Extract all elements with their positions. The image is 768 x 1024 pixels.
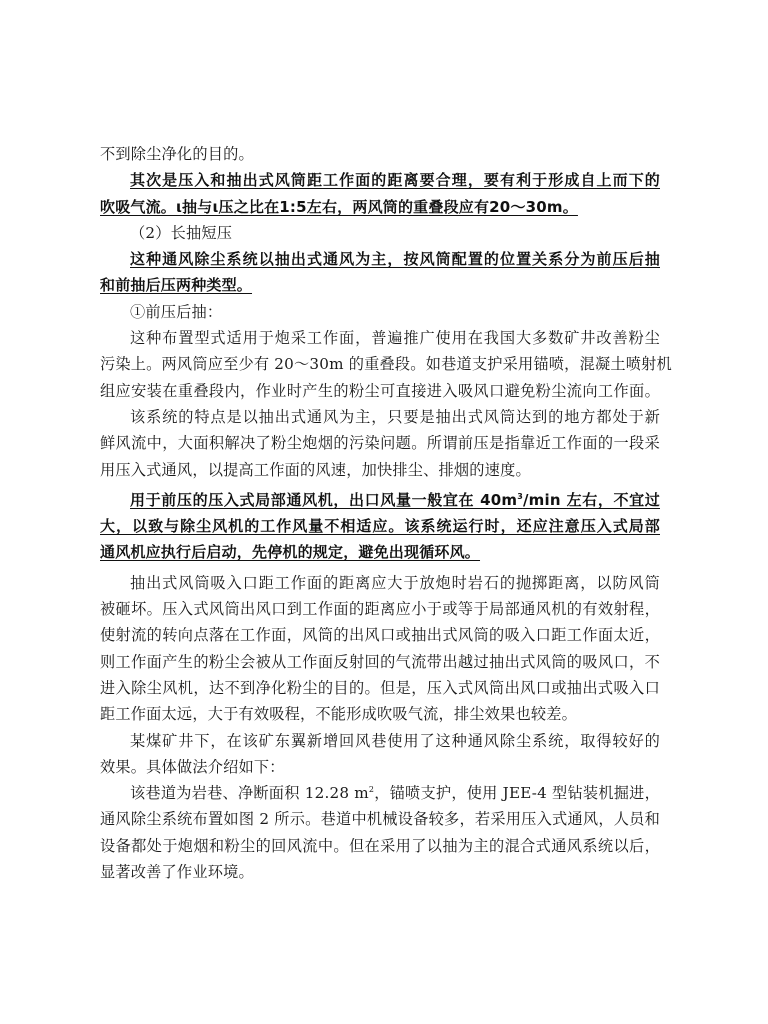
paragraph-line: 进入除尘风机，达不到净化粉尘的目的。但是，压入式风筒出风口或抽出式吸入口 [100, 675, 660, 701]
paragraph-line: 设备都处于炮烟和粉尘的回风流中。但在采用了以抽为主的混合式通风系统以后， [100, 833, 660, 859]
paragraph-line: 某煤矿井下，在该矿东翼新增回风巷使用了这种通风除尘系统，取得较好的 [100, 728, 660, 754]
paragraph-line: 用压入式通风，以提高工作面的风速，加快排尘、排烟的速度。 [100, 457, 660, 483]
emphasis-line: 大，以致与除尘风机的工作风量不相适应。该系统运行时，还应注意压入式局部 [100, 513, 660, 539]
emphasis-text: 通风机应执行后启动，先停机的规定，避免出现循环风。 [100, 543, 480, 561]
paragraph-line: 污染上。两风筒应至少有 20～30m 的重叠段。如巷道支护采用锚喷，混凝土喷射机 [100, 351, 660, 377]
paragraph-line: 使射流的转向点落在工作面，风筒的出风口或抽出式风筒的吸入口距工作面太近， [100, 622, 660, 648]
emphasis-text: 用于前压的压入式局部通风机，出口风量一般宜在 40m [130, 491, 517, 509]
emphasis-line: 和前抽后压两种类型。 [100, 272, 660, 298]
paragraph-line: 鲜风流中，大面积解决了粉尘炮烟的污染问题。所谓前压是指靠近工作面的一段采 [100, 430, 660, 456]
paragraph-line: 组应安装在重叠段内，作业时产生的粉尘可直接进入吸风口避免粉尘流向工作面。 [100, 378, 660, 404]
paragraph-line: 通风除尘系统布置如图 2 所示。巷道中机械设备较多，若采用压入式通风，人员和 [100, 806, 660, 832]
paragraph-line: 这种布置型式适用于炮采工作面，普遍推广使用在我国大多数矿井改善粉尘 [100, 325, 660, 351]
paragraph-line: 该系统的特点是以抽出式通风为主，只要是抽出式风筒达到的地方都处于新 [100, 404, 660, 430]
emphasis-line: 这种通风除尘系统以抽出式通风为主，按风筒配置的位置关系分为前压后抽 [100, 246, 660, 272]
emphasis-text: /min 左右，不宜过 [523, 491, 660, 509]
section-heading: （2）长抽短压 [100, 220, 660, 246]
paragraph-line: 效果。具体做法介绍如下： [100, 754, 660, 780]
paragraph-line: 距工作面太远，大于有效吸程，不能形成吹吸气流，排尘效果也较差。 [100, 701, 660, 727]
emphasis-text: 和前抽后压两种类型。 [100, 276, 252, 294]
emphasis-line: 其次是压入和抽出式风筒距工作面的距离要合理，要有利于形成自上而下的 [100, 167, 660, 193]
paragraph-line: 抽出式风筒吸入口距工作面的距离应大于放炮时岩石的抛掷距离，以防风筒 [100, 570, 660, 596]
document-page: 不到除尘净化的目的。 其次是压入和抽出式风筒距工作面的距离要合理，要有利于形成自… [100, 141, 660, 885]
emphasis-line: 吹吸气流。ι抽与ι压之比在1:5左右，两风筒的重叠段应有20～30m。 [100, 194, 660, 220]
subsection-heading: ①前压后抽： [100, 299, 660, 325]
emphasis-text: 吹吸气流。ι抽与ι压之比在1:5左右，两风筒的重叠段应有20～30m。 [100, 198, 578, 216]
paragraph-line: 则工作面产生的粉尘会被从工作面反射回的气流带出越过抽出式风筒的吸风口，不 [100, 649, 660, 675]
paragraph-line: 该巷道为岩巷、净断面积 12.28 m2，锚喷支护，使用 JEE-4 型钻装机掘… [100, 780, 660, 806]
paragraph-text: 该巷道为岩巷、净断面积 12.28 m [130, 784, 369, 802]
emphasis-line: 通风机应执行后启动，先停机的规定，避免出现循环风。 [100, 539, 660, 565]
paragraph-line: 显著改善了作业环境。 [100, 859, 660, 885]
emphasis-line: 用于前压的压入式局部通风机，出口风量一般宜在 40m3/min 左右，不宜过 [100, 487, 660, 513]
paragraph-line: 不到除尘净化的目的。 [100, 141, 660, 167]
paragraph-text: ，锚喷支护，使用 JEE-4 型钻装机掘进， [374, 784, 660, 802]
paragraph-line: 被砸坏。压入式风筒出风口到工作面的距离应小于或等于局部通风机的有效射程， [100, 596, 660, 622]
